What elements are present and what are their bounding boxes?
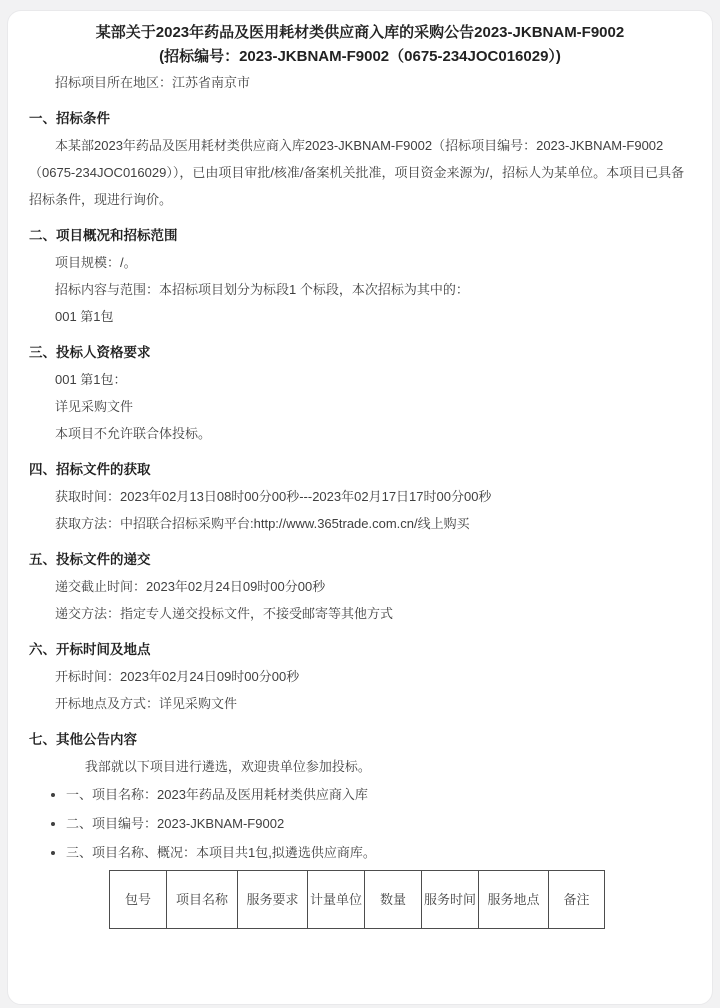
paragraph: 获取时间：2023年02月13日08时00分00秒---2023年02月17日1… [29, 483, 691, 510]
section-bidder-qualifications: 三、投标人资格要求 001 第1包： 详见采购文件 本项目不允许联合体投标。 [29, 339, 691, 447]
paragraph: 获取方法：中招联合招标采购平台:http://www.365trade.com.… [29, 510, 691, 537]
section-heading: 二、项目概况和招标范围 [29, 222, 691, 249]
list-item-project-overview: 三、项目名称、概况：本项目共1包,拟遴选供应商库。 [66, 838, 691, 867]
section-bid-opening: 六、开标时间及地点 开标时间：2023年02月24日09时00分00秒 开标地点… [29, 636, 691, 717]
section-heading: 七、其他公告内容 [29, 726, 691, 753]
table-header-project-name: 项目名称 [167, 871, 238, 929]
section-heading: 六、开标时间及地点 [29, 636, 691, 663]
section-tender-conditions: 一、招标条件 本某部2023年药品及医用耗材类供应商入库2023-JKBNAM-… [29, 105, 691, 213]
paragraph: 详见采购文件 [29, 393, 691, 420]
project-location-line: 招标项目所在地区：江苏省南京市 [29, 69, 691, 96]
list-item-project-number: 二、项目编号：2023-JKBNAM-F9002 [66, 809, 691, 838]
announcement-card: 某部关于2023年药品及医用耗材类供应商入库的采购公告2023-JKBNAM-F… [7, 10, 713, 1005]
paragraph: 递交截止时间：2023年02月24日09时00分00秒 [29, 573, 691, 600]
paragraph: 001 第1包： [29, 366, 691, 393]
paragraph: 开标时间：2023年02月24日09时00分00秒 [29, 663, 691, 690]
table-header-service-location: 服务地点 [479, 871, 549, 929]
page-subtitle-tender-number: (招标编号：2023-JKBNAM-F9002（0675-234JOC01602… [29, 45, 691, 69]
table-header-remarks: 备注 [549, 871, 605, 929]
page-title: 某部关于2023年药品及医用耗材类供应商入库的采购公告2023-JKBNAM-F… [29, 21, 691, 45]
section-heading: 三、投标人资格要求 [29, 339, 691, 366]
section-document-acquisition: 四、招标文件的获取 获取时间：2023年02月13日08时00分00秒---20… [29, 456, 691, 537]
table-header-quantity: 数量 [365, 871, 422, 929]
bullet-list: 一、项目名称：2023年药品及医用耗材类供应商入库 二、项目编号：2023-JK… [29, 780, 691, 867]
section-other-announcement-content: 七、其他公告内容 我部就以下项目进行遴选，欢迎贵单位参加投标。 一、项目名称：2… [29, 726, 691, 929]
section-project-overview: 二、项目概况和招标范围 项目规模：/。 招标内容与范围：本招标项目划分为标段1 … [29, 222, 691, 330]
paragraph: 我部就以下项目进行遴选，欢迎贵单位参加投标。 [29, 753, 691, 780]
list-item-project-name: 一、项目名称：2023年药品及医用耗材类供应商入库 [66, 780, 691, 809]
section-bid-submission: 五、投标文件的递交 递交截止时间：2023年02月24日09时00分00秒 递交… [29, 546, 691, 627]
paragraph: 本某部2023年药品及医用耗材类供应商入库2023-JKBNAM-F9002（招… [29, 132, 691, 213]
table-header-package-number: 包号 [110, 871, 167, 929]
paragraph: 招标内容与范围：本招标项目划分为标段1 个标段，本次招标为其中的： [29, 276, 691, 303]
table-header-measurement-unit: 计量单位 [308, 871, 365, 929]
paragraph: 001 第1包 [29, 303, 691, 330]
table-header-service-requirements: 服务要求 [238, 871, 308, 929]
paragraph: 开标地点及方式：详见采购文件 [29, 690, 691, 717]
section-heading: 四、招标文件的获取 [29, 456, 691, 483]
paragraph: 递交方法：指定专人递交投标文件，不接受邮寄等其他方式 [29, 600, 691, 627]
table-header-service-time: 服务时间 [422, 871, 479, 929]
package-info-table: 包号 项目名称 服务要求 计量单位 数量 服务时间 服务地点 备注 [109, 870, 605, 929]
section-heading: 一、招标条件 [29, 105, 691, 132]
table-header-row: 包号 项目名称 服务要求 计量单位 数量 服务时间 服务地点 备注 [110, 871, 605, 929]
paragraph: 本项目不允许联合体投标。 [29, 420, 691, 447]
section-heading: 五、投标文件的递交 [29, 546, 691, 573]
paragraph: 项目规模：/。 [29, 249, 691, 276]
